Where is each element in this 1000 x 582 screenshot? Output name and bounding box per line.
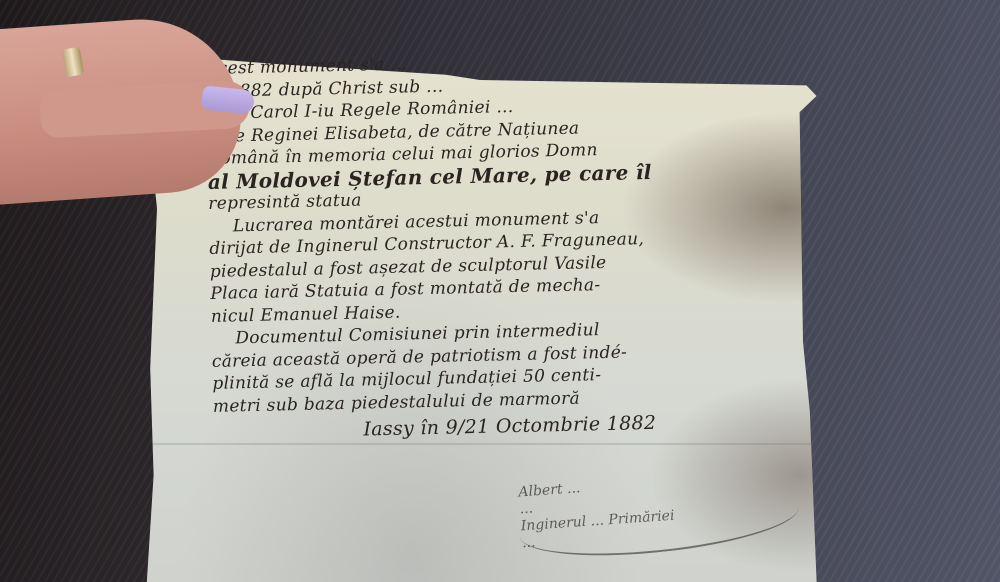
handwritten-text: Acest monument s'a ... ... 1882 după Chr…: [205, 45, 804, 445]
